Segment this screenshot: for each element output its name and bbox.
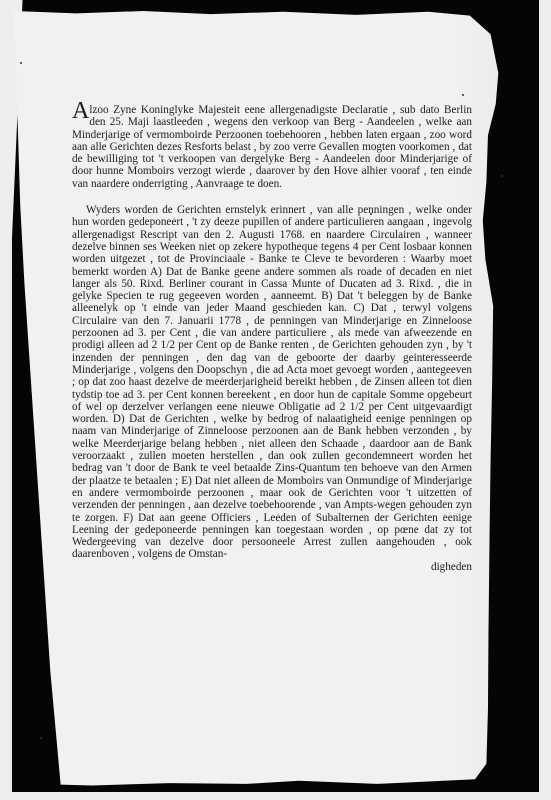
paper-speck: [462, 94, 464, 96]
paragraph-court-deposits: Wyders worden de Gerichten ernstelyk eri…: [72, 204, 472, 561]
drop-cap: A: [72, 104, 88, 118]
document-body: Alzoo Zyne Koninglyke Majesteit eene all…: [72, 104, 472, 573]
paper-speck: [501, 175, 503, 177]
catchword: digheden: [72, 561, 472, 573]
paper-speck: [20, 62, 22, 64]
paragraph-1-text: lzoo Zyne Koninglyke Majesteit eene alle…: [72, 104, 472, 190]
scanned-page-viewer: Alzoo Zyne Koninglyke Majesteit eene all…: [0, 0, 551, 800]
paragraph-declaration: Alzoo Zyne Koninglyke Majesteit eene all…: [72, 104, 472, 190]
paragraph-2-text: Wyders worden de Gerichten ernstelyk eri…: [72, 204, 472, 560]
paper-speck: [40, 737, 42, 739]
